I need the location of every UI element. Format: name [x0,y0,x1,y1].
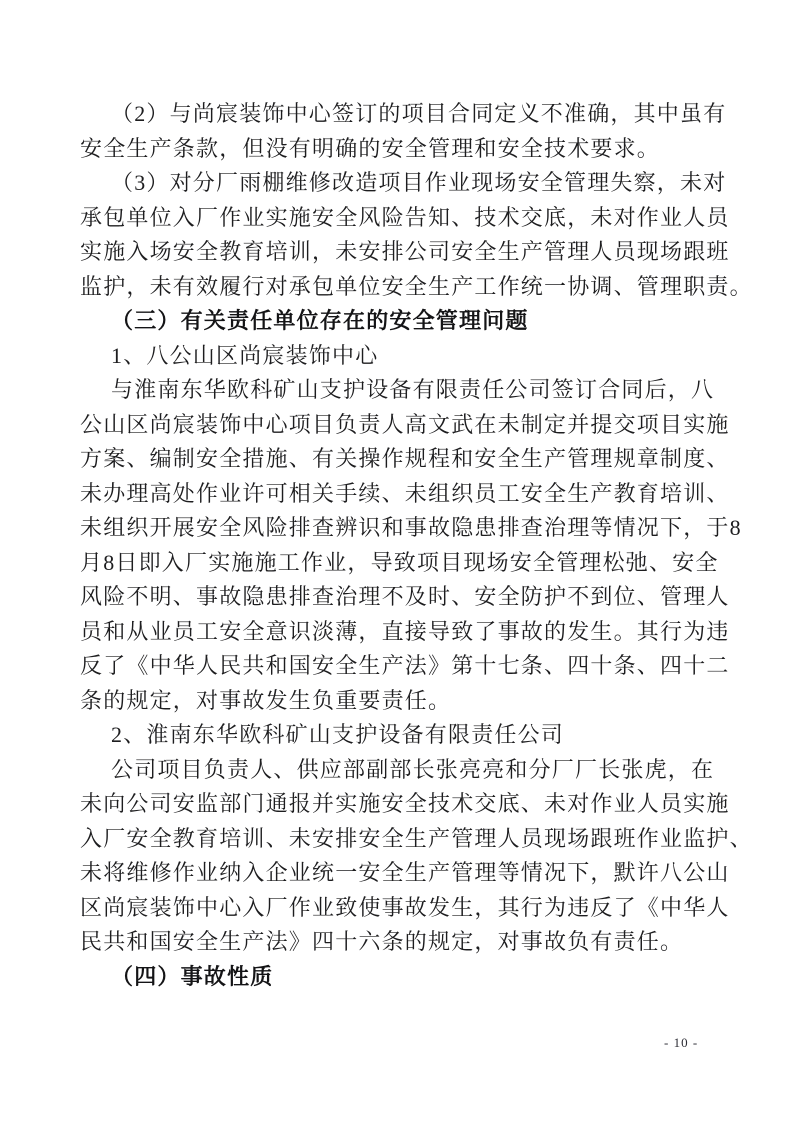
text-line: 方案、编制安全措施、有关操作规程和安全生产管理规章制度、 [80,442,736,477]
section-heading-3: （三）有关责任单位存在的安全管理问题 [80,304,736,339]
text-line: 未将维修作业纳入企业统一安全生产管理等情况下，默许八公山 [80,856,736,891]
text-line: 入厂安全教育培训、未安排安全生产管理人员现场跟班作业监护、 [80,822,736,857]
page-number: - 10 - [664,1034,698,1052]
text-line: 未办理高处作业许可相关手续、未组织员工安全生产教育培训、 [80,477,736,512]
text-line: 民共和国安全生产法》四十六条的规定，对事故负有责任。 [80,925,736,960]
subsection-title: 1、八公山区尚宸装饰中心 [80,339,736,374]
subsection-title: 2、淮南东华欧科矿山支护设备有限责任公司 [80,718,736,753]
text-line: 未向公司安监部门通报并实施安全技术交底、未对作业人员实施 [80,787,736,822]
text-line: 承包单位入厂作业实施安全风险告知、技术交底，未对作业人员 [80,201,736,236]
document-body: （2）与尚宸装饰中心签订的项目合同定义不准确，其中虽有 安全生产条款，但没有明确… [80,97,736,994]
text-line: 未组织开展安全风险排查辨识和事故隐患排查治理等情况下，于8 [80,511,736,546]
text-line: 实施入场安全教育培训，未安排公司安全生产管理人员现场跟班 [80,235,736,270]
text-line: 安全生产条款，但没有明确的安全管理和安全技术要求。 [80,132,736,167]
text-line: 公山区尚宸装饰中心项目负责人高文武在未制定并提交项目实施 [80,408,736,443]
text-line: 风险不明、事故隐患排查治理不及时、安全防护不到位、管理人 [80,580,736,615]
text-line: （2）与尚宸装饰中心签订的项目合同定义不准确，其中虽有 [80,97,736,132]
text-line: 反了《中华人民共和国安全生产法》第十七条、四十条、四十二 [80,649,736,684]
text-line: 监护，未有效履行对承包单位安全生产工作统一协调、管理职责。 [80,270,736,305]
text-line: （3）对分厂雨棚维修改造项目作业现场安全管理失察，未对 [80,166,736,201]
section-heading-4: （四）事故性质 [80,960,736,995]
text-line: 员和从业员工安全意识淡薄，直接导致了事故的发生。其行为违 [80,615,736,650]
text-line: 区尚宸装饰中心入厂作业致使事故发生，其行为违反了《中华人 [80,891,736,926]
text-line: 公司项目负责人、供应部副部长张亮亮和分厂厂长张虎，在 [80,753,736,788]
document-page: （2）与尚宸装饰中心签订的项目合同定义不准确，其中虽有 安全生产条款，但没有明确… [0,0,792,1122]
text-line: 月8日即入厂实施施工作业，导致项目现场安全管理松弛、安全 [80,546,736,581]
text-line: 条的规定，对事故发生负重要责任。 [80,684,736,719]
text-line: 与淮南东华欧科矿山支护设备有限责任公司签订合同后，八 [80,373,736,408]
